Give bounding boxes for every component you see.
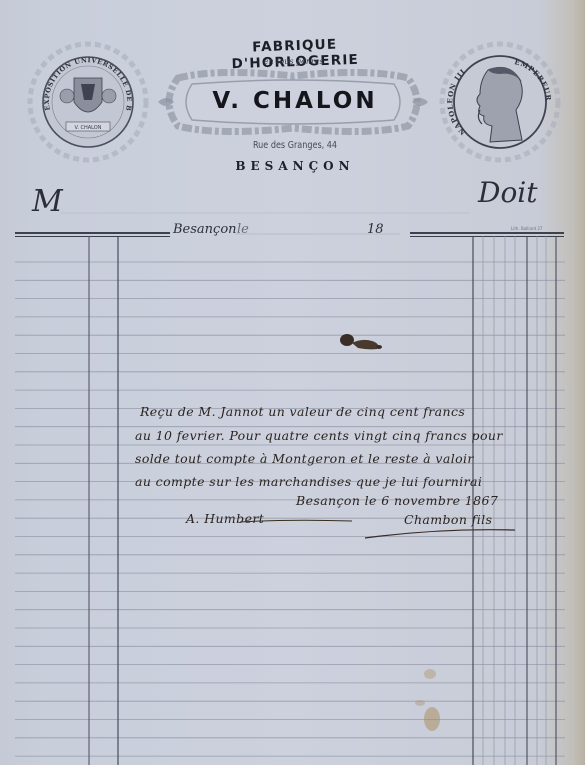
handwritten-line: au compte sur les marchandises que je lu…	[135, 474, 482, 489]
printer-mark: Lith. Balliard 27	[511, 226, 542, 231]
street-address: Rue des Granges, 44	[240, 140, 351, 151]
handwritten-place-date: Besançon le 6 novembre 1867	[296, 493, 498, 508]
city-name: BESANÇON	[215, 159, 375, 173]
invoice-sheet: EXPOSITION UNIVERSELLE DE BESANÇON EN 18…	[0, 0, 585, 765]
ink-blot	[340, 334, 382, 349]
year-prefix: 18	[367, 222, 384, 237]
place-label: Besançon	[173, 222, 237, 237]
handwritten-line: au 10 fevrier. Pour quatre cents vingt c…	[135, 428, 503, 443]
date-prefix: le	[237, 222, 249, 237]
handwritten-line: solde tout compte à Montgeron et le rest…	[135, 451, 474, 466]
trade-subtitle: en tous genres.	[240, 57, 350, 66]
handwritten-line: Reçu de M. Jannot un valeur de cinq cent…	[140, 404, 465, 419]
doit-label: Doit	[478, 176, 538, 209]
napoleon-medal-icon: NAPOLEON III EMPEREUR	[430, 40, 570, 165]
salutation-label: M	[32, 184, 63, 219]
firm-name: V. CHALON	[195, 88, 395, 114]
svg-text:V. CHALON: V. CHALON	[75, 125, 102, 131]
signature-flourish	[180, 514, 550, 550]
exposition-medal-icon: EXPOSITION UNIVERSELLE DE BESANÇON EN 18…	[26, 40, 156, 165]
